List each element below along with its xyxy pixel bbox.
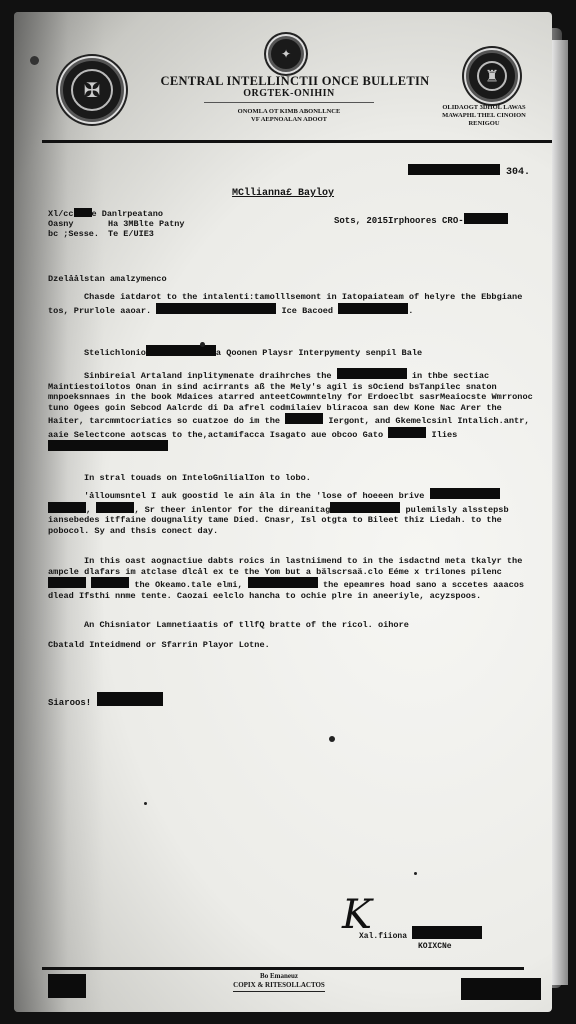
redaction xyxy=(412,926,482,939)
signature-label: Siaroos! xyxy=(48,698,91,708)
redaction xyxy=(461,978,541,1000)
redaction xyxy=(248,577,318,588)
paragraph-text: the Okeamo.tale elmi, xyxy=(129,580,248,590)
paragraph: Sinbireial Artaland inplitymenate draihr… xyxy=(48,368,538,454)
routing-line: Xl/cce Danlrpeatano xyxy=(48,208,185,219)
redaction xyxy=(74,208,92,217)
paragraph: In this oast aognactiue dabts roics in l… xyxy=(48,556,538,601)
header-divider xyxy=(42,140,552,143)
top-crest-icon: ✦ xyxy=(268,36,304,72)
document-page: ✠ ✦ ♜ CENTRAL INTELLINCTII ONCE BULLETIN… xyxy=(14,12,552,1012)
paragraph-text: . xyxy=(408,306,413,316)
routing-value: e Danlrpeatano xyxy=(92,209,163,219)
redaction xyxy=(330,502,400,513)
paragraph-text: a Qoonen Playsr Interpymenty senpil Bale xyxy=(216,348,422,358)
office-line: ONOMLA OT KIMB ABONLLNCE xyxy=(209,108,369,116)
paragraph-text: , xyxy=(86,505,96,515)
ink-speck xyxy=(144,802,147,805)
reference-text: Sots, 2015Irphoores CRO- xyxy=(334,216,464,226)
redaction xyxy=(146,345,216,356)
paragraph: An Chisniator Lamnetiaatis of tllfQ brat… xyxy=(48,620,538,631)
paragraph-text: Ilies xyxy=(426,430,457,440)
letterhead-office: ONOMLA OT KIMB ABONLLNCE VF AEPNOALAN AD… xyxy=(209,108,369,124)
signature-field: Siaroos! xyxy=(48,692,163,708)
paragraph-text: Stelichlonio xyxy=(84,348,146,358)
paragraph: Stelichlonioa Qoonen Playsr Interpymenty… xyxy=(48,345,538,359)
office-line: VF AEPNOALAN ADOOT xyxy=(209,116,369,124)
redaction xyxy=(48,502,86,513)
right-emblem-icon: ♜ xyxy=(466,50,518,102)
redaction xyxy=(91,577,129,588)
paragraph: In stral touads on InteloGnilialIon to l… xyxy=(48,473,538,484)
routing-key: bc ;Sesse. xyxy=(48,229,108,239)
letterhead-rule xyxy=(204,102,374,103)
redaction xyxy=(285,413,323,424)
salutation: Dzelåålstan amalzymenco xyxy=(48,274,538,285)
signer-name: Xal.fiiona xyxy=(359,932,407,941)
paragraph: 'ålloumsntel I auk goostid le ain åla in… xyxy=(48,488,538,536)
routing-line: bc ;Sesse.Te E/UIE3 xyxy=(48,229,185,239)
address-line: MAWAPHL THEL CINOION xyxy=(424,112,544,120)
routing-value: Te E/UIE3 xyxy=(108,229,154,239)
paragraph-text: , Sr theer inlentor for the direanitag xyxy=(134,505,330,515)
redaction xyxy=(48,440,168,451)
redaction xyxy=(408,164,500,175)
paragraph-text: Sinbireial Artaland inplitymenate draihr… xyxy=(84,371,337,381)
paragraph-text: In stral touads on InteloGnilialIon to l… xyxy=(84,473,311,483)
paragraph: Chasde iatdarot to the intalenti:tamolll… xyxy=(48,292,538,316)
signer-line: Xal.fiiona xyxy=(359,926,482,941)
redaction xyxy=(96,502,134,513)
signer-title: KOIXCNe xyxy=(418,942,452,951)
footer-line: COPIX & RITESOLLACTOS xyxy=(233,981,325,992)
footer: Bo Emaneuz COPIX & RITESOLLACTOS xyxy=(194,972,364,992)
footer-line: Bo Emaneuz xyxy=(194,972,364,981)
document-subject: MCllianna£ Bayloy xyxy=(14,188,552,199)
reference-line: Sots, 2015Irphoores CRO- xyxy=(334,213,508,226)
paragraph-text: An Chisniator Lamnetiaatis of tllfQ brat… xyxy=(84,620,409,630)
paragraph-text: Ice Bacoed xyxy=(276,306,338,316)
routing-key: Oasny xyxy=(48,219,108,229)
address-line: OLIDAOGT 3DHOL LAWAS xyxy=(424,104,544,112)
routing-line: OasnyHa 3MBlte Patny xyxy=(48,219,185,229)
address-line: RENIGOU xyxy=(424,120,544,128)
letterhead-subtitle: ORGTEK-ONIHIN xyxy=(214,88,364,99)
paragraph-text: In this oast aognactiue dabts roics in l… xyxy=(48,556,522,577)
letterhead-title: CENTRAL INTELLINCTII ONCE BULLETIN xyxy=(150,74,440,89)
redaction xyxy=(97,692,163,706)
ink-speck xyxy=(200,342,205,347)
redaction xyxy=(338,303,408,314)
paragraph-text: 'ålloumsntel I auk goostid le ain åla in… xyxy=(84,491,430,501)
redaction xyxy=(156,303,276,314)
routing-value: Ha 3MBlte Patny xyxy=(108,219,185,229)
routing-key: Xl/cc xyxy=(48,209,74,219)
document-number-suffix: 304. xyxy=(506,167,530,178)
left-emblem-icon: ✠ xyxy=(60,58,124,122)
letterhead-right-address: OLIDAOGT 3DHOL LAWAS MAWAPHL THEL CINOIO… xyxy=(424,104,544,128)
redaction xyxy=(430,488,500,499)
footer-divider xyxy=(42,967,524,970)
ink-speck xyxy=(414,872,417,875)
redaction xyxy=(48,974,86,998)
redaction xyxy=(464,213,508,224)
document-number: 304. xyxy=(408,164,530,178)
punch-hole xyxy=(30,56,39,65)
routing-block: Xl/cce Danlrpeatano OasnyHa 3MBlte Patny… xyxy=(48,208,185,239)
redaction xyxy=(337,368,407,379)
paragraph: Cbatald Inteidmend or Sfarrin Playor Lot… xyxy=(48,640,538,651)
redaction xyxy=(388,427,426,438)
paragraph-text: Cbatald Inteidmend or Sfarrin Playor Lot… xyxy=(48,640,270,650)
redaction xyxy=(48,577,86,588)
ink-speck xyxy=(329,736,335,742)
